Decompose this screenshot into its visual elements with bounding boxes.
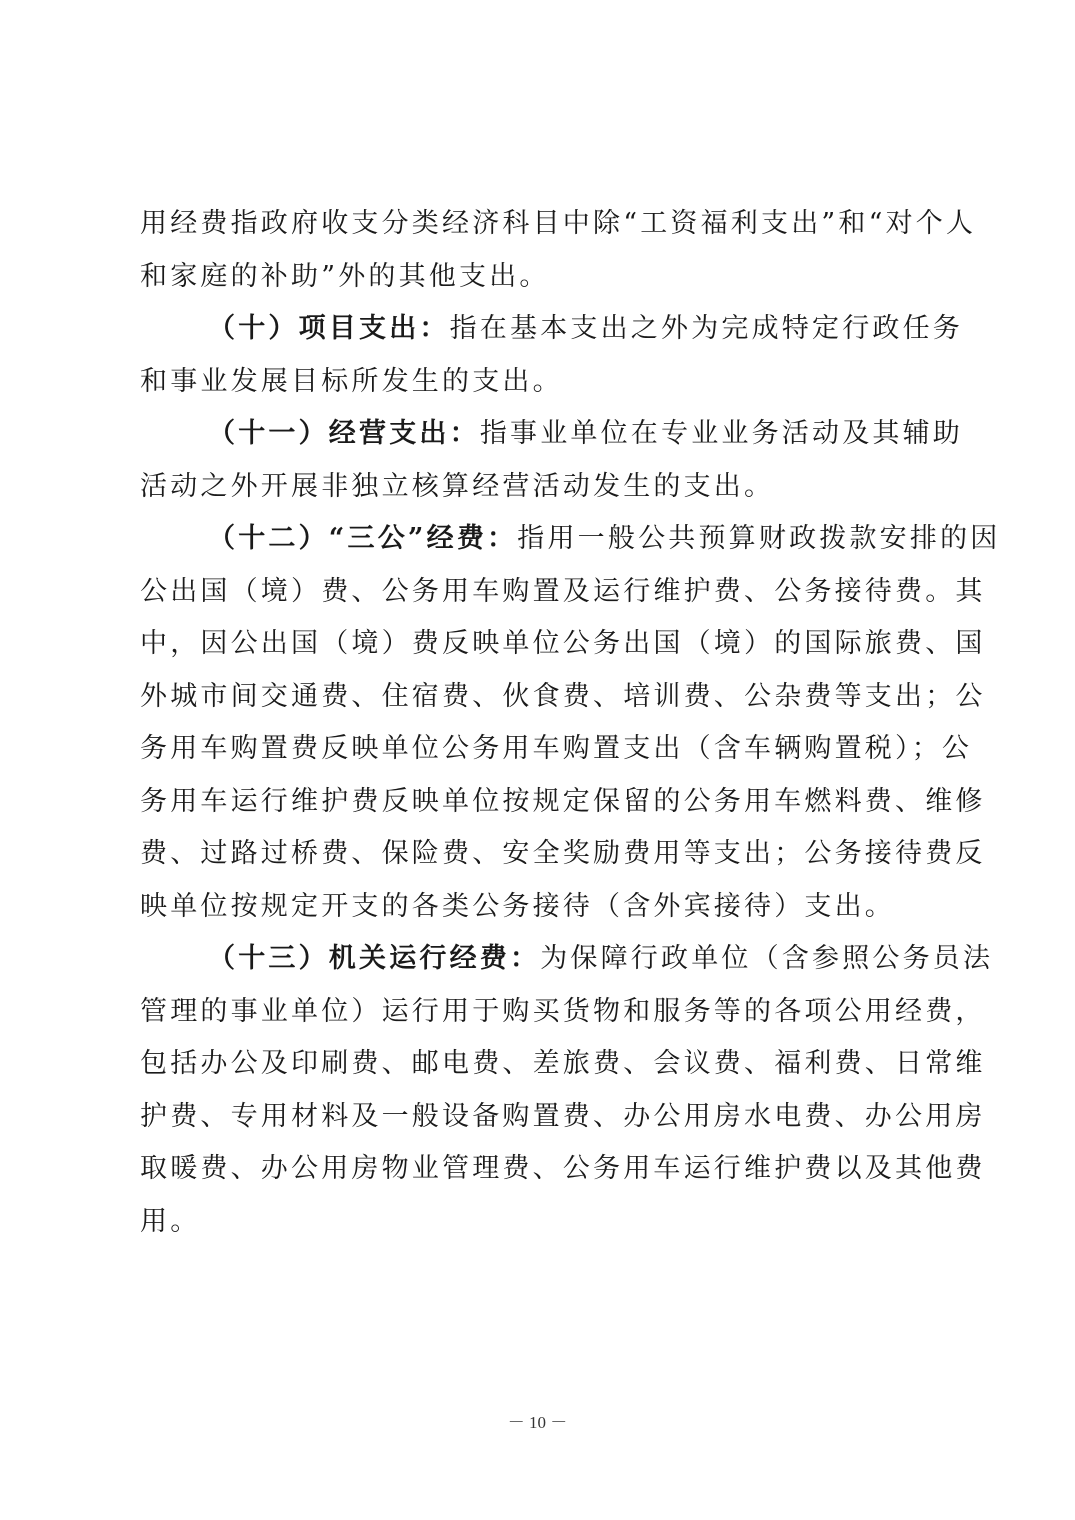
- paragraph-item-11: （十一）经营支出：指事业单位在专业业务活动及其辅助 活动之外开展非独立核算经营活…: [140, 408, 940, 513]
- page-number: － 10 －: [0, 1408, 1075, 1433]
- paragraph-item-10: （十）项目支出：指在基本支出之外为完成特定行政任务 和事业发展目标所发生的支出。: [140, 303, 940, 408]
- text-line: 活动之外开展非独立核算经营活动发生的支出。: [140, 461, 940, 514]
- paragraph-heading: （十）项目支出：: [208, 313, 450, 344]
- text-line: 费、过路过桥费、保险费、安全奖励费用等支出；公务接待费反: [140, 828, 940, 881]
- text-line: 和家庭的补助”外的其他支出。: [140, 251, 940, 304]
- text-line: （十）项目支出：指在基本支出之外为完成特定行政任务: [140, 303, 940, 356]
- text-line: （十三）机关运行经费：为保障行政单位（含参照公务员法: [140, 933, 940, 986]
- text-line: 护费、专用材料及一般设备购置费、办公用房水电费、办公用房: [140, 1091, 940, 1144]
- paragraph-heading: （十三）机关运行经费：: [208, 943, 540, 974]
- text-line: 取暖费、办公用房物业管理费、公务用车运行维护费以及其他费: [140, 1143, 940, 1196]
- text-line: 用经费指政府收支分类经济科目中除“工资福利支出”和“对个人: [140, 198, 940, 251]
- paragraph-heading: （十一）经营支出：: [208, 418, 480, 449]
- text-line: 映单位按规定开支的各类公务接待（含外宾接待）支出。: [140, 881, 940, 934]
- paragraph-continuation: 用经费指政府收支分类经济科目中除“工资福利支出”和“对个人 和家庭的补助”外的其…: [140, 198, 940, 303]
- text-line: 公出国（境）费、公务用车购置及运行维护费、公务接待费。其: [140, 566, 940, 619]
- paragraph-heading: （十二）“三公”经费：: [208, 523, 517, 554]
- paragraph-item-12: （十二）“三公”经费：指用一般公共预算财政拨款安排的因 公出国（境）费、公务用车…: [140, 513, 940, 933]
- text-line: 包括办公及印刷费、邮电费、差旅费、会议费、福利费、日常维: [140, 1038, 940, 1091]
- text-line: 务用车运行维护费反映单位按规定保留的公务用车燃料费、维修: [140, 776, 940, 829]
- text-line: 外城市间交通费、住宿费、伙食费、培训费、公杂费等支出；公: [140, 671, 940, 724]
- text-line: 管理的事业单位）运行用于购买货物和服务等的各项公用经费，: [140, 986, 940, 1039]
- text-line: 务用车购置费反映单位公务用车购置支出（含车辆购置税）；公: [140, 723, 940, 776]
- text-line: 中，因公出国（境）费反映单位公务出国（境）的国际旅费、国: [140, 618, 940, 671]
- text-line: （十二）“三公”经费：指用一般公共预算财政拨款安排的因: [140, 513, 940, 566]
- document-page: 用经费指政府收支分类经济科目中除“工资福利支出”和“对个人 和家庭的补助”外的其…: [140, 198, 940, 1248]
- text-line: 和事业发展目标所发生的支出。: [140, 356, 940, 409]
- text-line: 用。: [140, 1196, 940, 1249]
- paragraph-item-13: （十三）机关运行经费：为保障行政单位（含参照公务员法 管理的事业单位）运行用于购…: [140, 933, 940, 1248]
- text-line: （十一）经营支出：指事业单位在专业业务活动及其辅助: [140, 408, 940, 461]
